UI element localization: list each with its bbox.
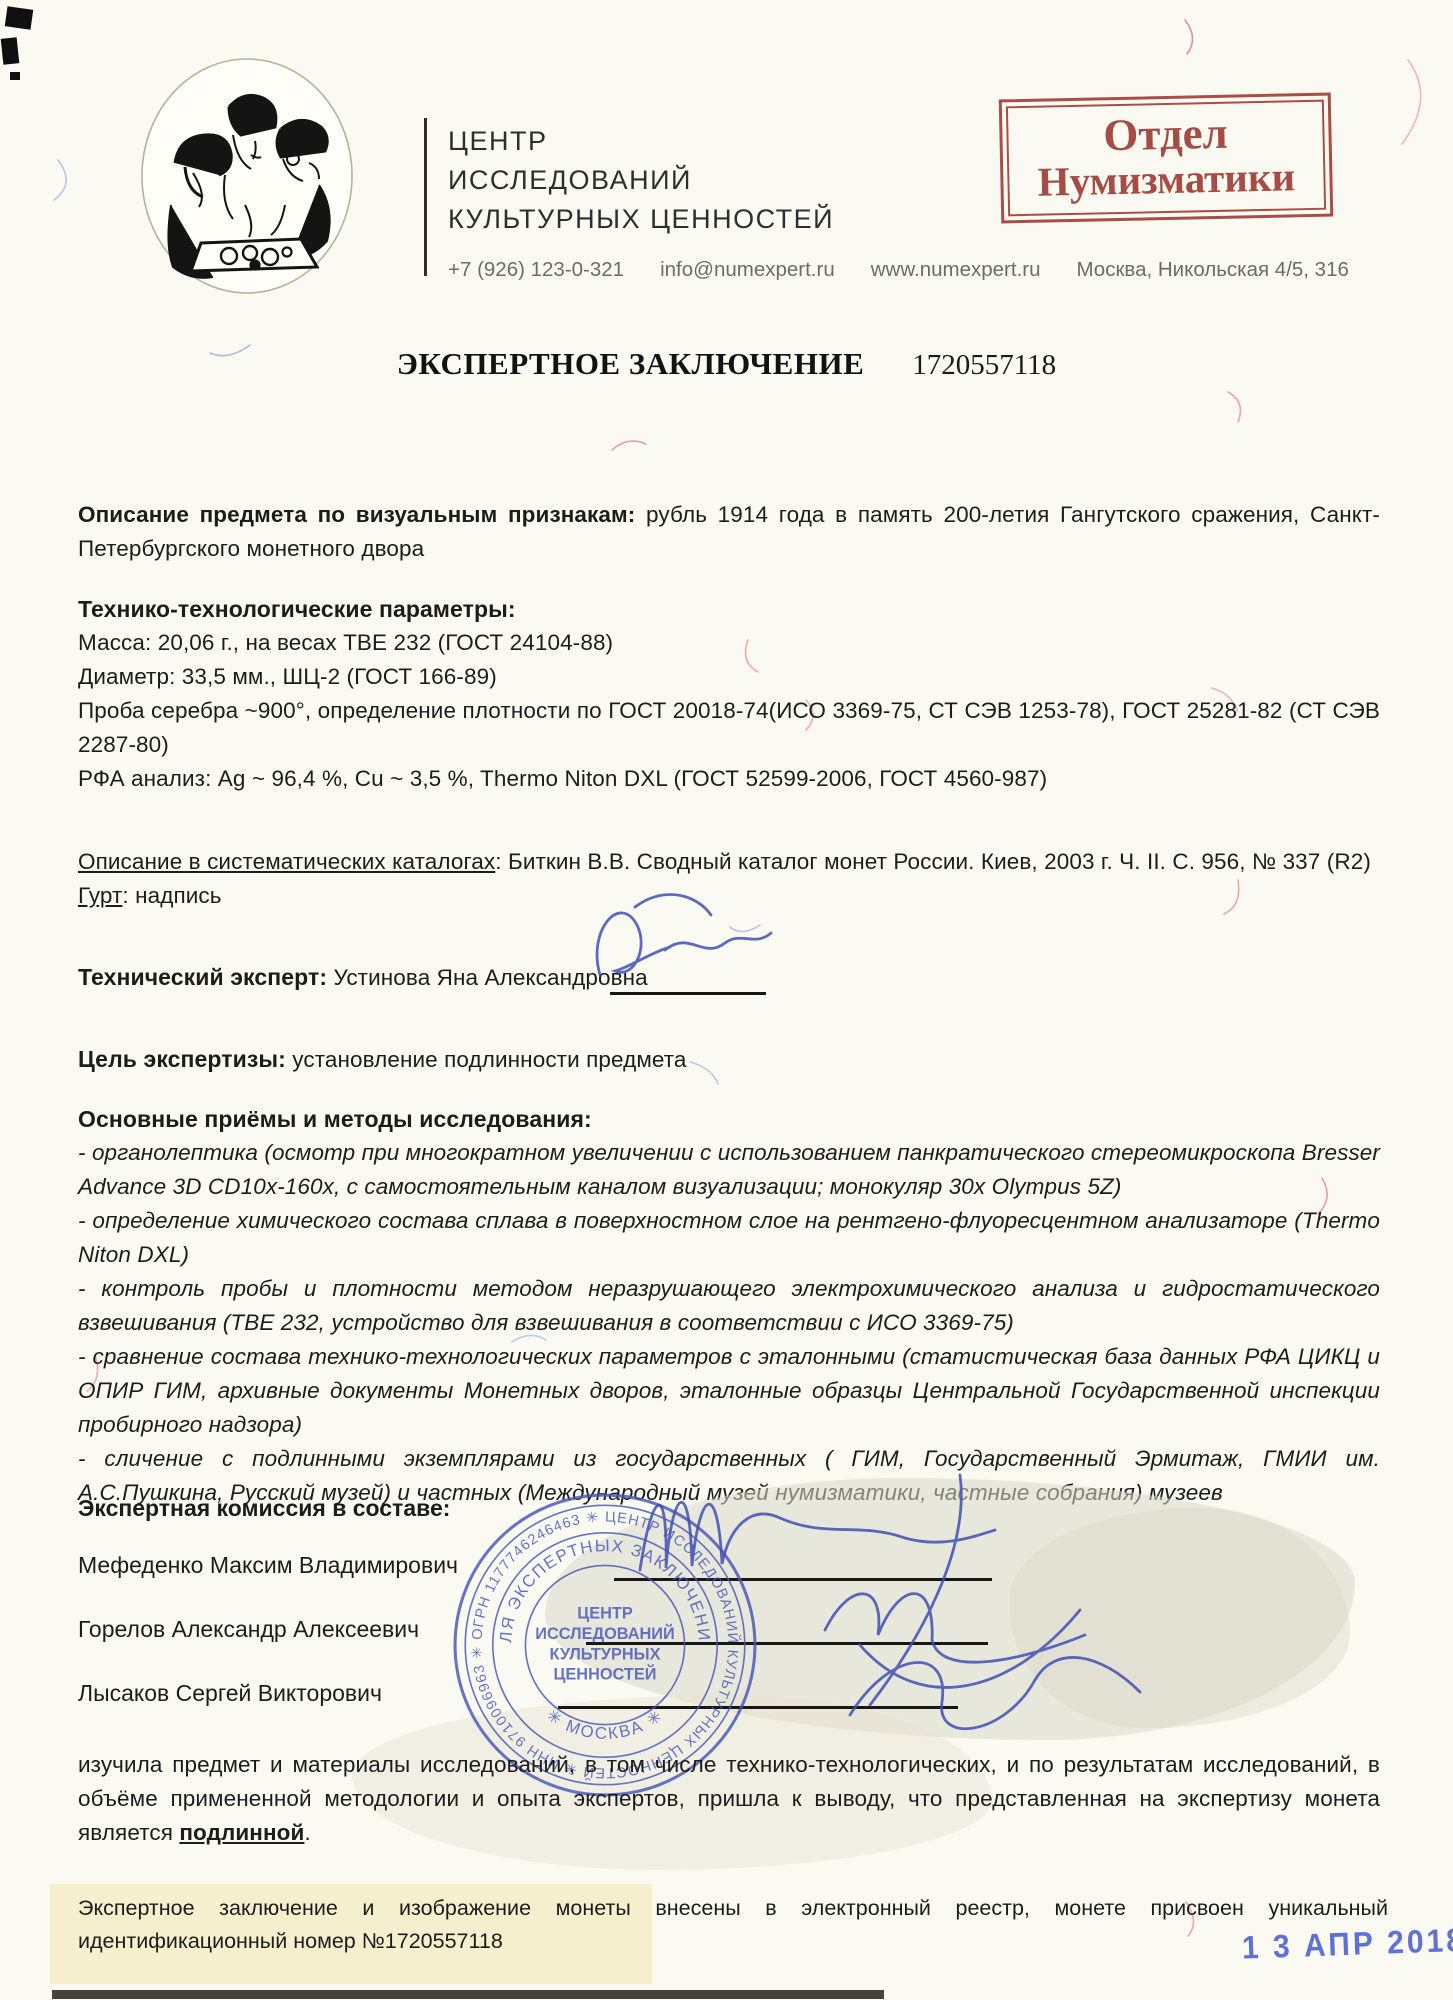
org-name-line: ИССЛЕДОВАНИЙ bbox=[448, 161, 834, 200]
tech-params-section: Технико-технологические параметры: Масса… bbox=[78, 592, 1380, 796]
object-description-paragraph: Описание предмета по визуальным признака… bbox=[78, 498, 1380, 566]
scanned-expert-certificate: ЦЕНТР ИССЛЕДОВАНИЙ КУЛЬТУРНЫХ ЦЕННОСТЕЙ … bbox=[0, 0, 1453, 2000]
org-name: ЦЕНТР ИССЛЕДОВАНИЙ КУЛЬТУРНЫХ ЦЕННОСТЕЙ bbox=[448, 122, 834, 239]
method-item: - контроль пробы и плотности методом нер… bbox=[78, 1272, 1380, 1340]
red-stamp-line2: Нумизматики bbox=[1019, 155, 1314, 204]
technical-expert-label: Технический эксперт: bbox=[78, 964, 327, 990]
conclusion-paragraph: изучила предмет и материалы исследований… bbox=[78, 1748, 1380, 1850]
commission-heading: Экспертная комиссия в составе: bbox=[78, 1495, 450, 1522]
tech-param-line: Диаметр: 33,5 мм., ШЦ-2 (ГОСТ 166-89) bbox=[78, 660, 1380, 694]
commission-member: Лысаков Сергей Викторович bbox=[78, 1680, 382, 1707]
edge-label: Гурт bbox=[78, 883, 122, 908]
postal-address: Москва, Никольская 4/5, 316 bbox=[1077, 258, 1349, 282]
purpose-label: Цель экспертизы: bbox=[78, 1046, 286, 1072]
expert-signature-ink bbox=[575, 875, 790, 1000]
tech-param-line: Проба серебра ~900°, определение плотнос… bbox=[78, 694, 1380, 762]
tech-param-line: РФА анализ: Ag ~ 96,4 %, Cu ~ 3,5 %, The… bbox=[78, 762, 1380, 796]
methods-heading: Основные приёмы и методы исследования: bbox=[78, 1102, 1380, 1136]
conclusion-verdict: подлинной bbox=[179, 1820, 304, 1845]
scan-bottom-edge bbox=[52, 1990, 884, 1999]
catalog-text: : Биткин В.В. Сводный каталог монет Росс… bbox=[495, 849, 1371, 874]
document-number: 1720557118 bbox=[912, 349, 1056, 382]
member-signatures-ink bbox=[540, 1430, 1260, 1750]
edge-text: : надпись bbox=[122, 883, 221, 908]
contact-line: +7 (926) 123-0-321 info@numexpert.ru www… bbox=[448, 258, 1349, 282]
org-logo-engraving bbox=[133, 55, 361, 297]
document-title: ЭКСПЕРТНОЕ ЗАКЛЮЧЕНИЕ bbox=[397, 346, 864, 382]
method-item: - определение химического состава сплава… bbox=[78, 1204, 1380, 1272]
tech-params-heading: Технико-технологические параметры: bbox=[78, 592, 1380, 626]
catalog-paragraph: Описание в систематических каталогах: Би… bbox=[78, 845, 1380, 879]
method-item: - органолептика (осмотр при многократном… bbox=[78, 1136, 1380, 1204]
department-red-stamp: Отдел Нумизматики bbox=[999, 93, 1334, 224]
purpose-text: установление подлинности предмета bbox=[286, 1047, 687, 1072]
technical-expert-line: Технический эксперт: Устинова Яна Алекса… bbox=[78, 960, 648, 995]
org-name-line: ЦЕНТР bbox=[448, 122, 834, 161]
purpose-line: Цель экспертизы: установление подлинност… bbox=[78, 1042, 687, 1077]
website-url: www.numexpert.ru bbox=[871, 258, 1041, 282]
catalog-label: Описание в систематических каталогах bbox=[78, 849, 495, 874]
phone-number: +7 (926) 123-0-321 bbox=[448, 258, 624, 282]
header-divider bbox=[424, 118, 427, 276]
tech-param-line: Масса: 20,06 г., на весах ТВЕ 232 (ГОСТ … bbox=[78, 626, 1380, 660]
email-address: info@numexpert.ru bbox=[660, 258, 835, 282]
registry-note: Экспертное заключение и изображение моне… bbox=[78, 1892, 1388, 1958]
commission-member: Горелов Александр Алексеевич bbox=[78, 1616, 419, 1643]
method-item: - сравнение состава технико-технологичес… bbox=[78, 1340, 1380, 1442]
org-name-line: КУЛЬТУРНЫХ ЦЕННОСТЕЙ bbox=[448, 200, 834, 239]
commission-member: Мефеденко Максим Владимирович bbox=[78, 1552, 458, 1579]
title-row: ЭКСПЕРТНОЕ ЗАКЛЮЧЕНИЕ 1720557118 bbox=[0, 346, 1453, 382]
conclusion-period: . bbox=[304, 1820, 310, 1845]
description-label: Описание предмета по визуальным признака… bbox=[78, 502, 635, 527]
date-stamp: 1 3 АПР 2018 bbox=[1241, 1923, 1453, 1968]
